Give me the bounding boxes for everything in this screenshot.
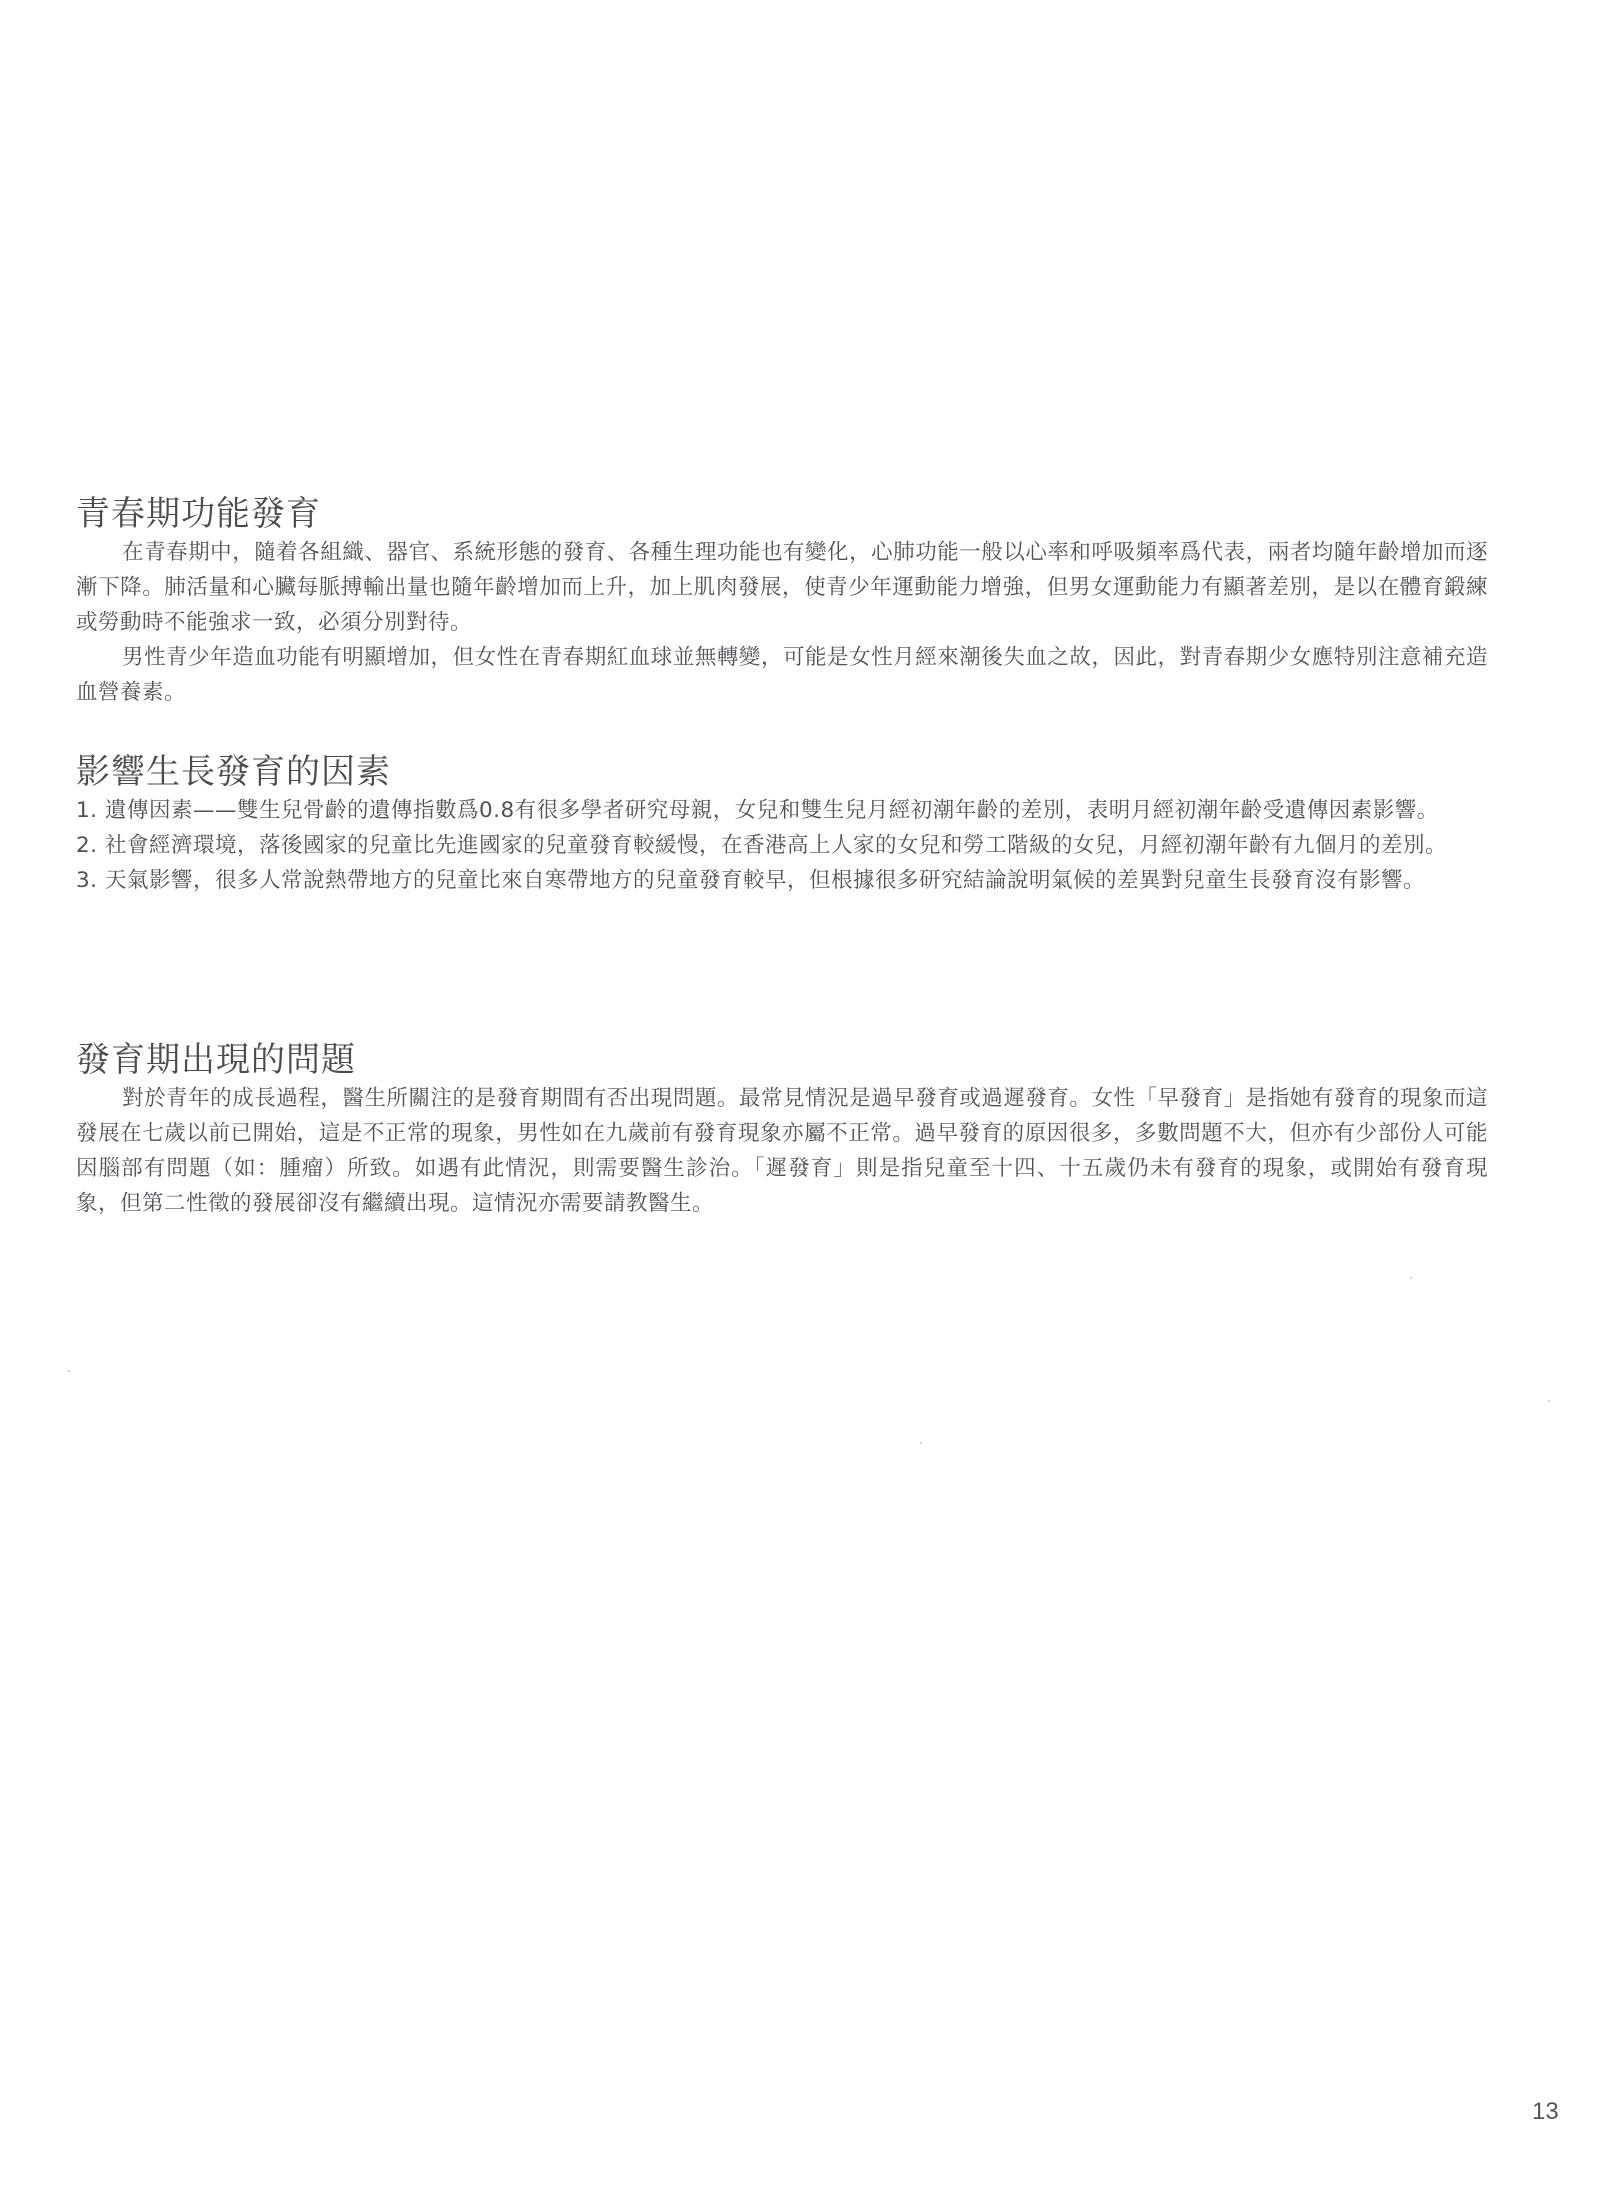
section-heading-development-problems: 發育期出現的問題 <box>76 1040 356 1080</box>
list-number: 3. <box>76 863 98 898</box>
section-heading-puberty-function: 青春期功能發育 <box>76 494 321 534</box>
scan-speck <box>1410 1277 1412 1279</box>
factor-list: 1.遺傳因素——雙生兒骨齡的遺傳指數爲0.8有很多學者研究母親，女兒和雙生兒月經… <box>76 793 1488 898</box>
paragraph-text: 男性青少年造血功能有明顯增加，但女性在青春期紅血球並無轉變，可能是女性月經來潮後… <box>76 645 1488 705</box>
scan-speck <box>1548 1400 1550 1402</box>
paragraph: 男性青少年造血功能有明顯增加，但女性在青春期紅血球並無轉變，可能是女性月經來潮後… <box>76 640 1488 710</box>
list-text: 遺傳因素——雙生兒骨齡的遺傳指數爲0.8有很多學者研究母親，女兒和雙生兒月經初潮… <box>105 798 1439 823</box>
list-number: 2. <box>76 828 98 863</box>
paragraph-text: 在青春期中，隨着各組織、器官、系統形態的發育、各種生理功能也有變化，心肺功能一般… <box>76 540 1488 635</box>
list-item: 3.天氣影響，很多人常說熱帶地方的兒童比來自寒帶地方的兒童發育較早，但根據很多研… <box>76 863 1488 898</box>
scan-speck <box>68 1370 70 1372</box>
list-item: 2.社會經濟環境，落後國家的兒童比先進國家的兒童發育較緩慢，在香港高上人家的女兒… <box>76 828 1488 863</box>
paragraph: 對於青年的成長過程，醫生所關注的是發育期間有否出現問題。最常見情況是過早發育或過… <box>76 1081 1488 1221</box>
paragraph: 在青春期中，隨着各組織、器官、系統形態的發育、各種生理功能也有變化，心肺功能一般… <box>76 535 1488 640</box>
list-number: 1. <box>76 793 98 828</box>
section-heading-growth-factors: 影響生長發育的因素 <box>76 752 391 792</box>
list-text: 社會經濟環境，落後國家的兒童比先進國家的兒童發育較緩慢，在香港高上人家的女兒和勞… <box>105 833 1447 858</box>
paragraph-text: 對於青年的成長過程，醫生所關注的是發育期間有否出現問題。最常見情況是過早發育或過… <box>76 1086 1488 1216</box>
scan-speck <box>920 1442 922 1444</box>
list-text: 天氣影響，很多人常說熱帶地方的兒童比來自寒帶地方的兒童發育較早，但根據很多研究結… <box>105 868 1425 893</box>
page-number: 13 <box>1532 2098 1559 2126</box>
list-item: 1.遺傳因素——雙生兒骨齡的遺傳指數爲0.8有很多學者研究母親，女兒和雙生兒月經… <box>76 793 1488 828</box>
